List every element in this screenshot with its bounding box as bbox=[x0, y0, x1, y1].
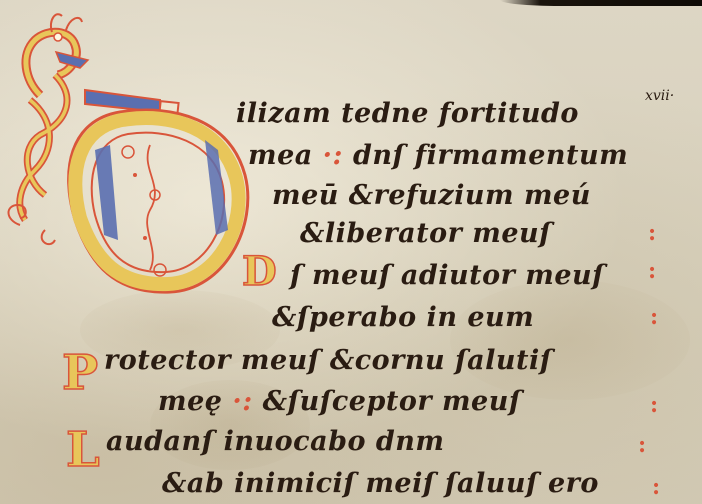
line-2-start: mea bbox=[248, 140, 313, 171]
margin-punctus: : bbox=[650, 394, 658, 416]
manuscript-line-2: mea ·: dnſ firmamentum bbox=[248, 140, 628, 171]
manuscript-line-6: &ſperabo in eum bbox=[272, 302, 534, 333]
parchment-stain bbox=[450, 280, 690, 400]
manuscript-line-3: meū &refuzium meú bbox=[272, 180, 591, 211]
initial-l: L bbox=[66, 422, 100, 478]
manuscript-line-5: ſ meuſ adiutor meuſ bbox=[290, 260, 604, 291]
manuscript-line-7: rotector meuſ &cornu ſalutiſ bbox=[104, 345, 552, 376]
margin-punctus: : bbox=[650, 306, 658, 328]
margin-punctus: : bbox=[638, 434, 646, 456]
folio-number: xvii· bbox=[645, 88, 674, 104]
manuscript-line-1: ilizam tedne fortitudo bbox=[236, 98, 579, 129]
rubric-punctus: ·: bbox=[323, 140, 343, 171]
line-2-rest: dnſ firmamentum bbox=[353, 140, 628, 171]
margin-punctus: : bbox=[648, 260, 656, 282]
initial-d-small: D bbox=[242, 248, 277, 295]
illuminated-initial-d-icon bbox=[0, 0, 270, 300]
manuscript-line-8: meę ·: &ſuſceptor meuſ bbox=[158, 386, 521, 417]
manuscript-page: xvii· ilizam tedne fortitudo mea ·: dnſ … bbox=[0, 0, 702, 504]
initial-p: P bbox=[62, 345, 98, 401]
margin-punctus: : bbox=[648, 222, 656, 244]
page-top-edge-shadow bbox=[500, 0, 702, 6]
margin-punctus: : bbox=[652, 476, 660, 498]
line-8-rest: &ſuſceptor meuſ bbox=[263, 386, 521, 417]
line-8-start: meę bbox=[158, 386, 222, 417]
manuscript-line-4: &liberator meuſ bbox=[300, 218, 551, 249]
manuscript-line-9: audanſ inuocabo dnm bbox=[106, 426, 444, 457]
manuscript-line-10: &ab inimiciſ meiſ ſaluuſ ero bbox=[162, 468, 599, 499]
rubric-punctus: ·: bbox=[232, 386, 252, 417]
